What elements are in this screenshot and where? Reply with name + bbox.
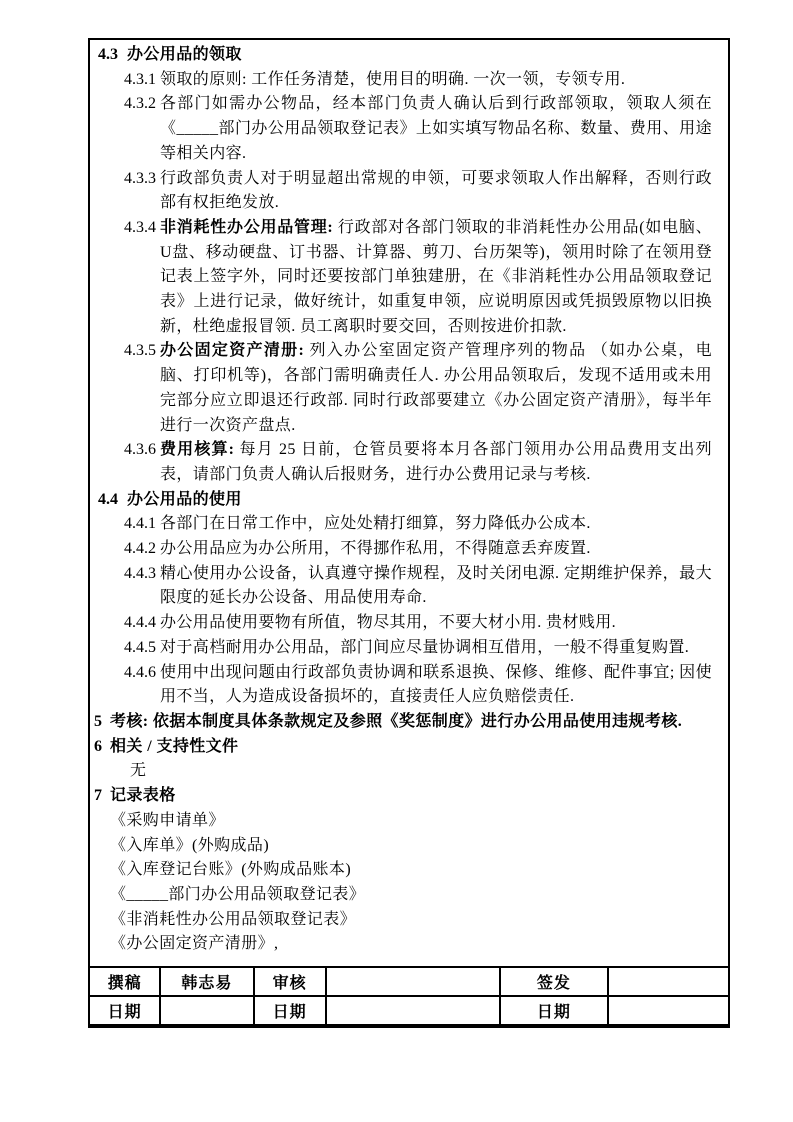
clause-text: 相关 / 支持性文件 (110, 738, 238, 755)
plain-line: 无 (90, 759, 728, 784)
clause-number: 4.3.2 (124, 92, 156, 117)
clause-text: 行政部负责人对于明显超出常规的申领，可要求领取人作出解释，否则行政部有权拒绝发放… (160, 170, 712, 212)
approval-row-2: 日期 日期 日期 (89, 996, 729, 1026)
block-4.4.3: 4.4.3精心使用办公设备，认真遵守操作规程，及时关闭电源. 定期维护保养，最大… (90, 562, 728, 611)
book-line: 《非消耗性办公用品领取登记表》 (90, 908, 728, 933)
approval-cell-empty (160, 996, 253, 1026)
approval-cell-empty (326, 996, 501, 1026)
block-4.4.2: 4.4.2办公用品应为办公所用，不得挪作私用，不得随意丢弃废置. (90, 537, 728, 562)
clause-text: 考核: 依据本制度具体条款规定及参照《奖惩制度》进行办公用品使用违规考核. (110, 713, 682, 730)
clause-text: 行政部对各部门领取的非消耗性办公用品(如电脑、U盘、移动硬盘、订书器、计算器、剪… (160, 219, 712, 335)
clause-number: 4.3 (98, 46, 118, 63)
block-6: 6相关 / 支持性文件 (90, 735, 728, 760)
block-4.3.1: 4.3.1领取的原则: 工作任务清楚，使用目的明确. 一次一领，专领专用. (90, 68, 728, 93)
book-line: 《办公固定资产清册》, (90, 932, 728, 957)
clause-number: 4.3.6 (124, 438, 156, 463)
book-line: 《_____部门办公用品领取登记表》 (90, 883, 728, 908)
clause-number: 6 (94, 735, 102, 760)
block-4.3.3: 4.3.3行政部负责人对于明显超出常规的申领，可要求领取人作出解释，否则行政部有… (90, 167, 728, 216)
clause-number: 4.3.1 (124, 68, 156, 93)
block-4.3: 4.3办公用品的领取 (90, 43, 728, 68)
clause-number: 4.3.5 (124, 339, 156, 364)
approval-cell-日期: 日期 (254, 996, 326, 1026)
clause-number: 4.4.6 (124, 661, 156, 686)
approval-cell-empty (608, 996, 729, 1026)
clause-text: 《入库单》(外购成品) (110, 837, 269, 854)
clause-bold-lead: 非消耗性办公用品管理: (160, 219, 338, 236)
approval-cell-签发: 签发 (500, 967, 607, 996)
approval-table: 撰稿韩志易审核 签发 日期 日期 日期 (88, 966, 730, 1028)
clause-text: 每月 25 日前，仓管员要将本月各部门领用办公用品费用支出列表，请部门负责人确认… (160, 441, 712, 483)
document-content: 4.3办公用品的领取4.3.1领取的原则: 工作任务清楚，使用目的明确. 一次一… (90, 43, 728, 957)
approval-cell-日期: 日期 (89, 996, 160, 1026)
clause-text: 办公用品的领取 (127, 46, 242, 63)
clause-bold-lead: 费用核算: (160, 441, 240, 458)
clause-number: 4.4.2 (124, 537, 156, 562)
clause-text: 《非消耗性办公用品领取登记表》 (110, 911, 356, 928)
clause-number: 4.4 (98, 491, 118, 508)
book-line: 《入库单》(外购成品) (90, 834, 728, 859)
approval-cell-撰稿: 撰稿 (89, 967, 160, 996)
block-4.3.6: 4.3.6费用核算: 每月 25 日前，仓管员要将本月各部门领用办公用品费用支出… (90, 438, 728, 487)
clause-number: 4.4.1 (124, 512, 156, 537)
clause-text: 领取的原则: 工作任务清楚，使用目的明确. 一次一领，专领专用. (160, 71, 625, 88)
document-page-border: 4.3办公用品的领取4.3.1领取的原则: 工作任务清楚，使用目的明确. 一次一… (88, 38, 730, 1028)
clause-text: 精心使用办公设备，认真遵守操作规程，及时关闭电源. 定期维护保养，最大限度的延长… (160, 565, 712, 607)
approval-cell-empty (608, 967, 729, 996)
approval-cell-韩志易: 韩志易 (160, 967, 253, 996)
block-7: 7记录表格 (90, 784, 728, 809)
clause-text: 《_____部门办公用品领取登记表》 (110, 886, 365, 903)
clause-number: 4.3.4 (124, 216, 156, 241)
block-4.3.2: 4.3.2各部门如需办公物品，经本部门负责人确认后到行政部领取，领取人须在《__… (90, 92, 728, 166)
block-5: 5考核: 依据本制度具体条款规定及参照《奖惩制度》进行办公用品使用违规考核. (90, 710, 728, 735)
clause-number: 7 (94, 784, 102, 809)
block-4.4.5: 4.4.5对于高档耐用办公用品，部门间应尽量协调相互借用，一般不得重复购置. (90, 636, 728, 661)
clause-text: 对于高档耐用办公用品，部门间应尽量协调相互借用，一般不得重复购置. (160, 639, 689, 656)
clause-text: 记录表格 (110, 787, 176, 804)
block-4.4.6: 4.4.6使用中出现问题由行政部负责协调和联系退换、保修、维修、配件事宜; 因使… (90, 661, 728, 710)
block-4.4: 4.4办公用品的使用 (90, 488, 728, 513)
clause-text: 《办公固定资产清册》, (110, 935, 278, 952)
approval-row-1: 撰稿韩志易审核 签发 (89, 967, 729, 996)
block-4.3.4: 4.3.4非消耗性办公用品管理: 行政部对各部门领取的非消耗性办公用品(如电脑、… (90, 216, 728, 340)
block-4.4.4: 4.4.4办公用品使用要物有所值，物尽其用，不要大材小用. 贵材贱用. (90, 611, 728, 636)
clause-text: 办公用品应为办公所用，不得挪作私用，不得随意丢弃废置. (160, 540, 591, 557)
approval-cell-审核: 审核 (254, 967, 326, 996)
book-line: 《入库登记台账》(外购成品账本) (90, 858, 728, 883)
clause-number: 4.4.5 (124, 636, 156, 661)
clause-text: 各部门如需办公物品，经本部门负责人确认后到行政部领取，领取人须在《_____部门… (160, 95, 712, 161)
clause-number: 5 (94, 710, 102, 735)
clause-text: 无 (130, 762, 146, 779)
clause-bold-lead: 办公固定资产清册: (160, 342, 310, 359)
clause-number: 4.4.3 (124, 562, 156, 587)
approval-cell-empty (326, 967, 501, 996)
clause-text: 各部门在日常工作中，应处处精打细算，努力降低办公成本. (160, 515, 591, 532)
book-line: 《采购申请单》 (90, 809, 728, 834)
block-4.4.1: 4.4.1各部门在日常工作中，应处处精打细算，努力降低办公成本. (90, 512, 728, 537)
clause-text: 使用中出现问题由行政部负责协调和联系退换、保修、维修、配件事宜; 因使用不当，人… (160, 664, 712, 706)
clause-text: 《入库登记台账》(外购成品账本) (110, 861, 351, 878)
clause-text: 办公用品的使用 (127, 491, 242, 508)
clause-text: 办公用品使用要物有所值，物尽其用，不要大材小用. 贵材贱用. (160, 614, 616, 631)
approval-cell-日期: 日期 (500, 996, 607, 1026)
clause-number: 4.4.4 (124, 611, 156, 636)
clause-number: 4.3.3 (124, 167, 156, 192)
clause-text: 《采购申请单》 (110, 812, 225, 829)
block-4.3.5: 4.3.5办公固定资产清册: 列入办公室固定资产管理序列的物品 （如办公桌，电脑… (90, 339, 728, 438)
